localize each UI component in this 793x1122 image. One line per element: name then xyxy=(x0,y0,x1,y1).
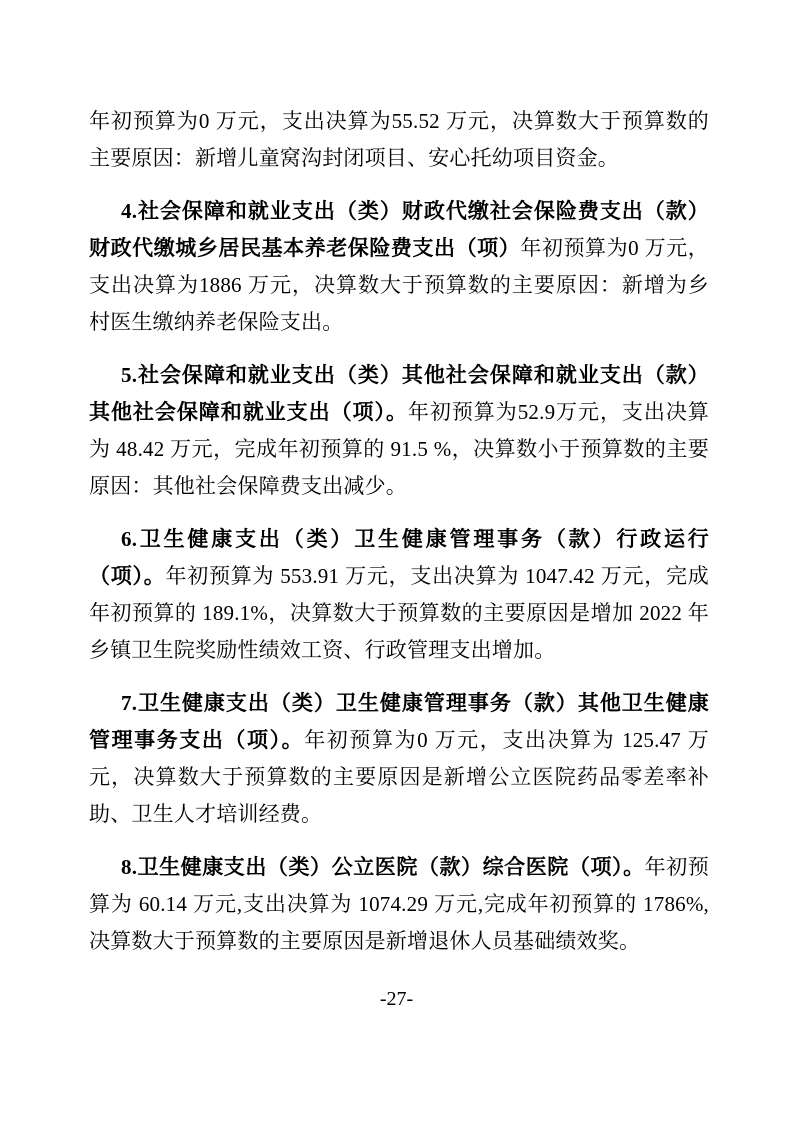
paragraph-3-continuation: 年初预算为0 万元，支出决算为55.52 万元，决算数大于预算数的主要原因：新增… xyxy=(89,103,709,177)
paragraph-5: 5.社会保障和就业支出（类）其他社会保障和就业支出（款）其他社会保障和就业支出（… xyxy=(89,357,709,505)
document-body: 年初预算为0 万元，支出决算为55.52 万元，决算数大于预算数的主要原因：新增… xyxy=(89,103,709,976)
paragraph-8: 8.卫生健康支出（类）公立医院（款）综合医院（项）。年初预算为 60.14 万元… xyxy=(89,849,709,960)
page-number: -27- xyxy=(0,987,793,1011)
paragraph-text: 年初预算为0 万元，支出决算为55.52 万元，决算数大于预算数的主要原因：新增… xyxy=(89,109,709,170)
paragraph-7: 7.卫生健康支出（类）卫生健康管理事务（款）其他卫生健康管理事务支出（项）。年初… xyxy=(89,685,709,833)
paragraph-6: 6.卫生健康支出（类）卫生健康管理事务（款）行政运行（项）。年初预算为 553.… xyxy=(89,521,709,669)
paragraph-text: 年初预算为 553.91 万元，支出决算为 1047.42 万元，完成年初预算的… xyxy=(89,564,709,662)
document-page: 年初预算为0 万元，支出决算为55.52 万元，决算数大于预算数的主要原因：新增… xyxy=(0,0,793,1122)
paragraph-heading: 8.卫生健康支出（类）公立医院（款）综合医院（项）。 xyxy=(121,855,645,879)
paragraph-4: 4.社会保障和就业支出（类）财政代缴社会保险费支出（款）财政代缴城乡居民基本养老… xyxy=(89,193,709,341)
